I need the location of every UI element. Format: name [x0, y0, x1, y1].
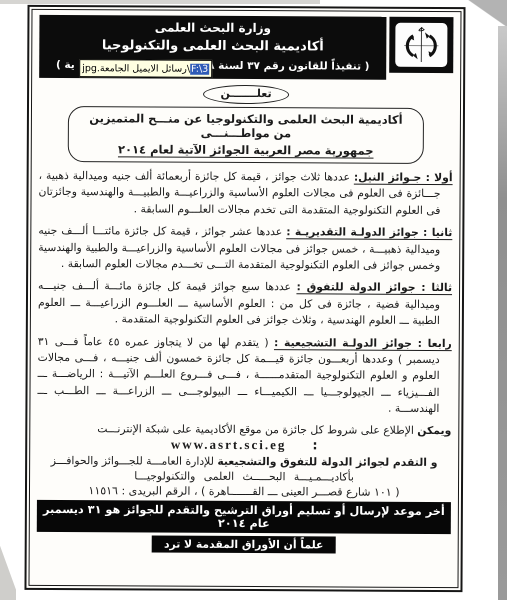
prize-section-paragraph: أولا : جـوائز النيل: عددها ثلاث جوائز ، … — [38, 168, 452, 219]
submission-line-1-rest: للإدارة العامـــة للجـــوائز والحوافـــز — [51, 454, 218, 468]
scan-artifact — [498, 26, 507, 600]
academy-title: أكاديمية البحث العلمى والتكنولوجيا — [45, 38, 380, 55]
section-label: رابعا : جوائز الدولـة التشجيعية : — [274, 336, 452, 350]
tooltip-extension: jpg. — [82, 63, 100, 74]
scanned-announcement-page: وزارة البحث العلمى أكاديمية البحث العلمى… — [24, 5, 465, 592]
law-text-left: ية ) — [56, 59, 75, 71]
submission-line-1: و التقدم لجوائز الدولة للتفوق والتشجيعية… — [37, 454, 451, 469]
internet-note-lead: ويمكن — [417, 424, 451, 437]
scan-artifact — [0, 0, 320, 4]
ministry-title: وزارة البحث العلمى — [45, 20, 380, 36]
section-label: ثالثا : جوائز الدولة للتفوق : — [296, 281, 452, 295]
submission-line-2: بأكاديـــمـيـــة البحـــــث العلمى والتك… — [37, 469, 451, 484]
intro-line-1: أكاديمية البحث العلمى والتكنولوجيا عن من… — [79, 111, 413, 141]
prize-sections: أولا : جـوائز النيل: عددها ثلاث جوائز ، … — [37, 168, 452, 418]
intro-line-2: جمهورية مصر العربية الجوائز الآتية لعام … — [79, 142, 413, 158]
announce-label: تعلـــــــن — [221, 87, 272, 100]
intro-box: أكاديمية البحث العلمى والتكنولوجيا عن من… — [68, 106, 424, 164]
address-line: ( ١٠١ شارع قصـــر العينى ـــ القـــــــا… — [37, 484, 451, 499]
prize-section-paragraph: ثالثا : جوائز الدولة للتفوق : عددها سبع … — [38, 278, 452, 329]
scan-artifact — [0, 510, 16, 600]
announce-oval: تعلـــــــن — [203, 85, 289, 104]
tooltip-filename: رسائل الايميل الجامعة\ — [100, 63, 190, 74]
submission-line-1-bold: و التقدم لجوائز الدولة للتفوق والتشجيعية — [217, 455, 437, 469]
section-label: أولا : جـوائز النيل: — [354, 171, 453, 185]
deadline-banner-1: أخر موعد لإرسال أو تسليم أوراق الترشيح و… — [37, 500, 451, 534]
website-url: www.asrt.sci.eg — [171, 436, 287, 452]
page-border-inner: وزارة البحث العلمى أكاديمية البحث العلمى… — [28, 9, 461, 588]
header: وزارة البحث العلمى أكاديمية البحث العلمى… — [39, 15, 453, 80]
internet-note: ويمكن الإطلاع على شروط كل جائزة من موقع … — [37, 422, 451, 437]
academy-emblem-icon — [401, 27, 441, 63]
prize-section-paragraph: ثانيا : جوائز الدولـة التقديريـة : عددها… — [38, 223, 452, 274]
academy-logo-card — [395, 23, 447, 67]
deadline-banner-2: علماً أن الأوراق المقدمة لا ترد — [152, 535, 335, 553]
header-black-band: وزارة البحث العلمى أكاديمية البحث العلمى… — [39, 15, 386, 80]
website-row: www.asrt.sci.eg: — [37, 436, 451, 454]
academy-logo — [389, 17, 453, 73]
tooltip-drive-highlight: F:\3 — [190, 63, 209, 74]
section-label: ثانيا : جوائز الدولـة التقديريـة : — [286, 225, 452, 239]
prize-section-paragraph: رابعا : جوائز الدولـة التشجيعية : ( يتقد… — [37, 334, 451, 418]
website-colon: : — [312, 438, 317, 453]
file-path-tooltip: jpg.رسائل الايميل الجامعة\F:\3 — [79, 59, 212, 78]
deadline-banners: أخر موعد لإرسال أو تسليم أوراق الترشيح و… — [37, 500, 451, 554]
internet-note-rest: الإطلاع على شروط كل جائزة من موقع الأكاد… — [97, 422, 417, 437]
